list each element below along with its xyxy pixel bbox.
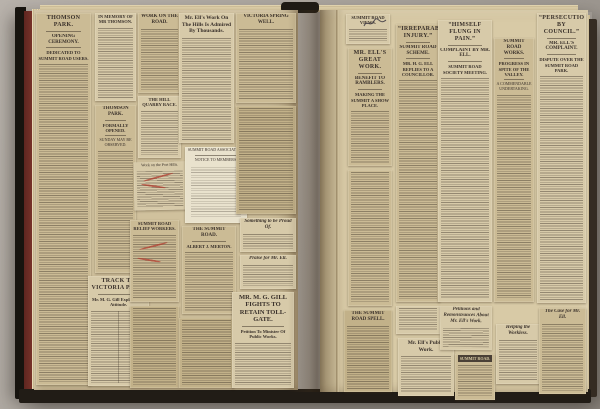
clipping-headline: A COMMENDABLE UNDERTAKING. [496, 82, 532, 92]
clipping-body-text [443, 328, 489, 347]
clipping-headline: Praise for Mr. Ell. [242, 256, 294, 262]
clipping-headline: THOMSON PARK. [97, 106, 134, 118]
news-clipping: Mr. Ell's Work On The Hills Is Admired B… [179, 13, 234, 143]
clipping-headline: SUNDAY MAY BE OBSERVED. [97, 138, 134, 148]
clipping-body-text [39, 64, 88, 382]
headline-rule [358, 89, 382, 90]
news-clipping [396, 306, 440, 334]
clipping-headline: ALBERT J. MERTON. [184, 244, 234, 249]
headline-rule [46, 31, 81, 32]
news-clipping: THE SUMMIT ROAD SPELL. [344, 310, 392, 392]
clipping-headline: THE HILL QUARRY RACE. [140, 97, 179, 108]
news-clipping: THE HILL QUARRY RACE. [138, 96, 181, 158]
clipping-body-text [133, 308, 176, 385]
clipping-body-text [349, 29, 387, 41]
headline-rule [406, 42, 430, 43]
clipping-headline: PROGRESS IN SPITE OF THE VALLEY. [496, 61, 532, 77]
clipping-headline: SUMMIT ROAD RELIEF WORKERS. [132, 221, 177, 232]
clipping-body-text [141, 111, 178, 155]
clipping-headline: THE SUMMIT ROAD SPELL. [346, 311, 390, 323]
clipping-headline: Helping the Workless. [498, 325, 538, 337]
clipping-body-text [182, 320, 231, 385]
news-clipping [236, 106, 296, 214]
headline-rule [504, 58, 524, 59]
news-clipping [130, 306, 179, 388]
clipping-headline: “PERSECUTION BY COUNCIL.” [539, 15, 584, 36]
clipping-headline: Work on the Port Hills. [136, 163, 184, 169]
news-clipping: VICTORIA SPRING WELL. [236, 13, 296, 103]
news-clipping: THOMSON PARK.OPENING CEREMONY.DEDICATED … [36, 13, 91, 385]
news-clipping [348, 170, 392, 306]
headline-rule [242, 326, 284, 327]
headline-rule [105, 135, 126, 136]
clipping-headline: Petitions and Remonstrances About Mr. El… [442, 307, 490, 325]
clipping-headline: DISPUTE OVER THE SUMMIT ROAD PARK. [539, 57, 584, 73]
clipping-headline: Something to be Proud Of. [242, 219, 294, 231]
clipping-body-text [98, 151, 133, 270]
news-clipping: MR. ELL'S GREAT WORK.BENEFIT TO RAMBLERS… [348, 48, 392, 166]
clipping-body-text [497, 95, 531, 299]
news-clipping: Helping the Workless. [496, 324, 540, 384]
clipping-headline: BENEFIT TO RAMBLERS. [350, 76, 390, 88]
headline-rule [195, 155, 237, 156]
clipping-headline: “IRREPARABLE INJURY.” [398, 26, 438, 40]
news-clipping: “IRREPARABLE INJURY.”SUMMIT ROAD SCHEME.… [396, 24, 440, 302]
clipping-body-text [141, 29, 178, 91]
clipping-headline: FORMALLY OPENED. [97, 123, 134, 134]
news-clipping: SUMMIT ROAD WORKS.PROGRESS IN SPITE OF T… [494, 38, 534, 302]
clipping-headline: MR. ELL'S COMPLAINT. [539, 41, 584, 53]
clipping-body-text [191, 167, 241, 219]
news-clipping: Something to be Proud Of. [240, 218, 296, 252]
news-clipping: SUMMIT ROAD. [455, 354, 495, 400]
photo-background: THOMSON PARK.OPENING CEREMONY.DEDICATED … [0, 0, 600, 409]
news-clipping: THE SUMMIT ROAD.ALBERT J. MERTON. [182, 226, 236, 314]
clipping-body-text [239, 29, 293, 101]
clipping-body-text [235, 343, 291, 385]
headline-rule [192, 241, 226, 242]
clipping-body-text [399, 80, 437, 299]
clipping-headline: WORK ON THE ROAD. [140, 14, 179, 26]
news-clipping: The Case for Mr. Ell. [539, 308, 586, 394]
news-clipping: Work on the Port Hills. [134, 162, 187, 211]
clipping-headline: Petition To Minister Of Public Works. [235, 329, 291, 340]
headline-rule [448, 61, 482, 62]
clipping-body-text [239, 108, 293, 211]
clipping-headline: MR. ELL'S GREAT WORK. [350, 50, 390, 71]
right-page: SUMMIT ROAD VIEWS.MR. ELL'S GREAT WORK.B… [320, 10, 588, 392]
clipping-body-text [351, 111, 389, 163]
clipping-headline: MAKING THE SUMMIT A SHOW PLACE. [350, 92, 390, 108]
headline-rule [504, 79, 524, 80]
headline-rule [448, 45, 482, 46]
clipping-headline: SUMMIT ROAD WORKS. [496, 39, 532, 56]
news-clipping: SUMMIT ROAD RELIEF WORKERS. [130, 220, 179, 302]
clipping-headline: OPENING CEREMONY. [38, 34, 89, 46]
news-clipping: IN MEMORY OF MR THOMSON. [95, 13, 136, 101]
clipping-body-text [243, 234, 293, 249]
left-page: THOMSON PARK.OPENING CEREMONY.DEDICATED … [34, 10, 298, 390]
news-clipping: WORK ON THE ROAD. [138, 13, 181, 93]
headline-rule [547, 54, 576, 55]
clipping-body-text [182, 38, 231, 140]
clipping-headline: SUMMIT ROAD SCHEME. [398, 45, 438, 57]
news-clipping: “PERSECUTION BY COUNCIL.”MR. ELL'S COMPL… [537, 13, 586, 303]
book-cover-right [589, 19, 597, 397]
clipping-body-text [351, 172, 389, 303]
clipping-headline: IN MEMORY OF MR THOMSON. [97, 14, 134, 25]
clipping-headline: SUMMIT ROAD VIEWS. [348, 15, 388, 26]
news-clipping: Petitions and Remonstrances About Mr. El… [440, 306, 492, 350]
headline-rule [406, 58, 430, 59]
headline-rule [46, 47, 81, 48]
clipping-headline: MR. M. G. GILL FIGHTS TO RETAIN TOLL-GAT… [234, 294, 292, 324]
clipping-headline: DEDICATED TO SUMMIT ROAD USERS. [38, 50, 89, 61]
headline-rule [105, 120, 126, 121]
clipping-headline: “HIMSELF FLUNG IN PAIN.” [440, 22, 490, 43]
clipping-headline: SUMMIT ROAD SOCIETY MEETING. [440, 64, 490, 75]
clipping-body-text [137, 170, 184, 207]
clipping-headline: COMPLAINT BY MR. ELL. [440, 48, 490, 60]
news-clipping [179, 318, 234, 388]
clipping-headline: THOMSON PARK. [38, 15, 89, 29]
news-clipping: MR. M. G. GILL FIGHTS TO RETAIN TOLL-GAT… [232, 292, 294, 388]
clipping-body-text [542, 324, 583, 391]
clipping-body-text [399, 308, 437, 331]
clipping-body-text [98, 28, 133, 98]
clipping-body-text [458, 365, 492, 397]
clipping-body-text [133, 235, 176, 299]
clipping-body-text [185, 252, 233, 311]
news-clipping: SUMMIT ROAD VIEWS. [346, 14, 390, 44]
headline-rule [358, 73, 382, 74]
headline-rule [547, 38, 576, 39]
clipping-headline: THE SUMMIT ROAD. [184, 227, 234, 239]
clipping-headline: VICTORIA SPRING WELL. [238, 14, 294, 26]
clipping-body-text [441, 78, 489, 299]
clipping-body-text [401, 356, 451, 393]
news-clipping: “HIMSELF FLUNG IN PAIN.”COMPLAINT BY MR.… [438, 20, 492, 302]
clipping-body-text [499, 340, 537, 381]
clipping-headline: SUMMIT ROAD. [458, 355, 492, 362]
news-clipping: Praise for Mr. Ell. [240, 255, 296, 289]
clipping-headline: Mr. Ell's Work On The Hills Is Admired B… [181, 15, 232, 35]
clipping-body-text [347, 326, 389, 390]
clipping-headline: The Case for Mr. Ell. [541, 309, 584, 321]
clipping-headline: MR. H. G. ELL REPLIES TO A COUNCILLOR. [398, 61, 438, 77]
clipping-body-text [540, 76, 583, 300]
clipping-body-text [243, 265, 293, 286]
